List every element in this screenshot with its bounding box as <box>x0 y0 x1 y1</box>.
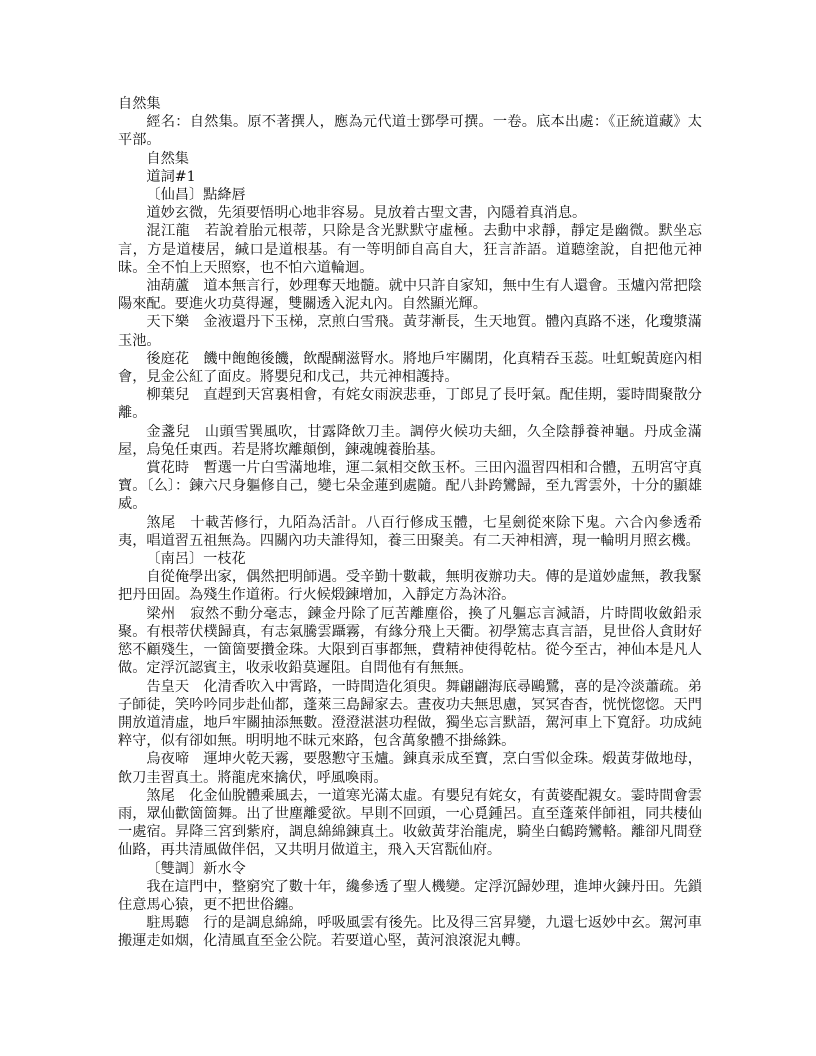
section-heading: 道詞#1 <box>118 168 702 186</box>
tune-name: 金盞兒 <box>146 424 190 440</box>
stanza-text: 我在這門中，整窮究了數十年，纔參透了聖人機變。定浮沉歸妙理，進坤火鍊丹田。先鎖住… <box>118 879 702 913</box>
stanza-text: 化金仙脫體乘風去，一道寒光滿太虛。有嬰兒有姹女，有黃婆配親女。霎時間會雲雨，眾仙… <box>118 788 702 859</box>
tune-name: 烏夜啼 <box>146 751 189 767</box>
stanza-text: 道本無言行，妙理奪天地髓。就中只許自家知，無中生有人還會。玉爐內常把陰陽來配。要… <box>118 278 702 312</box>
tune-name: 油葫蘆 <box>146 278 189 294</box>
tune-name: 柳葉兒 <box>146 387 189 403</box>
document-meta: 經名：自然集。原不著撰人，應為元代道士鄧學可撰。一卷。底本出處：《正統道藏》太平… <box>118 113 702 149</box>
stanza: 柳葉兒直趕到天宮裏相會，有姹女雨淚悲垂，丁郎見了長吁氣。配佳期，霎時間聚散分離。 <box>118 386 702 422</box>
tune-name: 梁州 <box>146 606 175 622</box>
stanza-text: 自從俺學出家，偶然把明師遇。受辛勤十數載，無明夜辦功夫。傳的是道妙虛無，教我緊把… <box>118 569 702 603</box>
stanza: 駐馬聽行的是調息綿綿，呼吸風雲有後先。比及得三宮昇變，九還七返妙中玄。駕河車搬運… <box>118 914 702 950</box>
stanza: 煞尾化金仙脫體乘風去，一道寒光滿太虛。有嬰兒有姹女，有黃婆配親女。霎時間會雲雨，… <box>118 787 702 860</box>
stanza: 油葫蘆道本無言行，妙理奪天地髓。就中只許自家知，無中生有人還會。玉爐內常把陰陽來… <box>118 277 702 313</box>
stanza-text: 行的是調息綿綿，呼吸風雲有後先。比及得三宮昇變，九還七返妙中玄。駕河車搬運走如烟… <box>118 915 702 949</box>
tune-name: 煞尾 <box>146 515 175 531</box>
document-title: 自然集 <box>118 95 702 113</box>
stanza: 告皇天化清香吹入中霄路，一時間造化須臾。舞翩翩海底尋鷗鷺，喜的是冷淡蕭疏。弟子師… <box>118 678 702 751</box>
stanza: 梁州寂然不動分毫志，鍊金丹除了厄苦離塵俗，換了凡軀忘言減語，片時間收斂鉛汞聚。有… <box>118 605 702 678</box>
stanza-text: 山頭雪巽風吹，甘露降飲刀圭。調停火候功夫細，久全陰靜養神龜。丹成金滿屋，烏兔任東… <box>118 424 702 458</box>
stanza: 自從俺學出家，偶然把明師遇。受辛勤十數載，無明夜辦功夫。傳的是道妙虛無，教我緊把… <box>118 568 702 604</box>
stanza-text: 暫選一片白雪滿地堆，運二氣相交飲玉杯。三田內溫習四相和合體，五明宮守真寶。〔么〕… <box>118 460 702 512</box>
stanza: 道妙玄微，先須要悟明心地非容易。見放着古聖文書，內隱着真消息。 <box>118 204 702 222</box>
stanza: 我在這門中，整窮究了數十年，纔參透了聖人機變。定浮沉歸妙理，進坤火鍊丹田。先鎖住… <box>118 878 702 914</box>
stanza-text: 十載苦修行，九陌為活計。八百行修成玉體，七星劍從來除下鬼。六合內參透希夷，唱道習… <box>118 515 702 549</box>
suite-heading: 〔雙調〕新水令 <box>118 860 702 878</box>
tune-name: 駐馬聽 <box>146 915 189 931</box>
stanza: 混江龍若說着胎元根蒂，只除是含光默默守虛極。去動中求靜，靜定是幽微。默坐忘言，方… <box>118 222 702 277</box>
stanza: 煞尾十載苦修行，九陌為活計。八百行修成玉體，七星劍從來除下鬼。六合內參透希夷，唱… <box>118 514 702 550</box>
document-subtitle: 自然集 <box>118 150 702 168</box>
stanza-text: 化清香吹入中霄路，一時間造化須臾。舞翩翩海底尋鷗鷺，喜的是冷淡蕭疏。弟子師徒，笑… <box>118 679 702 750</box>
stanza: 烏夜啼運坤火乾天霧，要慇懃守玉爐。鍊真汞成至寶，烹白雪似金珠。煅黃芽做地母，飲刀… <box>118 750 702 786</box>
suite-heading: 〔仙昌〕點絳唇 <box>118 186 702 204</box>
tune-name: 混江龍 <box>146 223 190 239</box>
suite-heading: 〔南呂〕一枝花 <box>118 550 702 568</box>
tune-name: 煞尾 <box>146 788 175 804</box>
stanza-text: 寂然不動分毫志，鍊金丹除了厄苦離塵俗，換了凡軀忘言減語，片時間收斂鉛汞聚。有根蒂… <box>118 606 702 677</box>
stanza: 金盞兒山頭雪巽風吹，甘露降飲刀圭。調停火候功夫細，久全陰靜養神龜。丹成金滿屋，烏… <box>118 423 702 459</box>
tune-name: 賞花時 <box>146 460 189 476</box>
stanza-text: 若說着胎元根蒂，只除是含光默默守虛極。去動中求靜，靜定是幽微。默坐忘言，方是道棲… <box>118 223 702 275</box>
stanza-text: 運坤火乾天霧，要慇懃守玉爐。鍊真汞成至寶，烹白雪似金珠。煅黃芽做地母，飲刀圭習真… <box>118 751 702 785</box>
stanza-text: 金液還丹下玉梯，烹煎白雪飛。黃芽漸長，生天地質。體內真路不迷，化瓊漿滿玉池。 <box>118 314 702 348</box>
tune-name: 後庭花 <box>146 351 189 367</box>
tune-name: 告皇天 <box>146 679 189 695</box>
stanza-text: 道妙玄微，先須要悟明心地非容易。見放着古聖文書，內隱着真消息。 <box>146 205 586 221</box>
stanza: 天下樂金液還丹下玉梯，烹煎白雪飛。黃芽漸長，生天地質。體內真路不迷，化瓊漿滿玉池… <box>118 313 702 349</box>
stanza-text: 直趕到天宮裏相會，有姹女雨淚悲垂，丁郎見了長吁氣。配佳期，霎時間聚散分離。 <box>118 387 702 421</box>
tune-name: 天下樂 <box>146 314 189 330</box>
stanza: 賞花時暫選一片白雪滿地堆，運二氣相交飲玉杯。三田內溫習四相和合體，五明宮守真寶。… <box>118 459 702 514</box>
stanza-text: 饑中飽飽後饑，飲醍醐滋腎水。將地戶牢關閉，化真精吞玉蕊。吐虹蜺黃庭內相會，見金公… <box>118 351 702 385</box>
document-page: 自然集 經名：自然集。原不著撰人，應為元代道士鄧學可撰。一卷。底本出處：《正統道… <box>118 95 702 951</box>
stanza: 後庭花饑中飽飽後饑，飲醍醐滋腎水。將地戶牢關閉，化真精吞玉蕊。吐虹蜺黃庭內相會，… <box>118 350 702 386</box>
